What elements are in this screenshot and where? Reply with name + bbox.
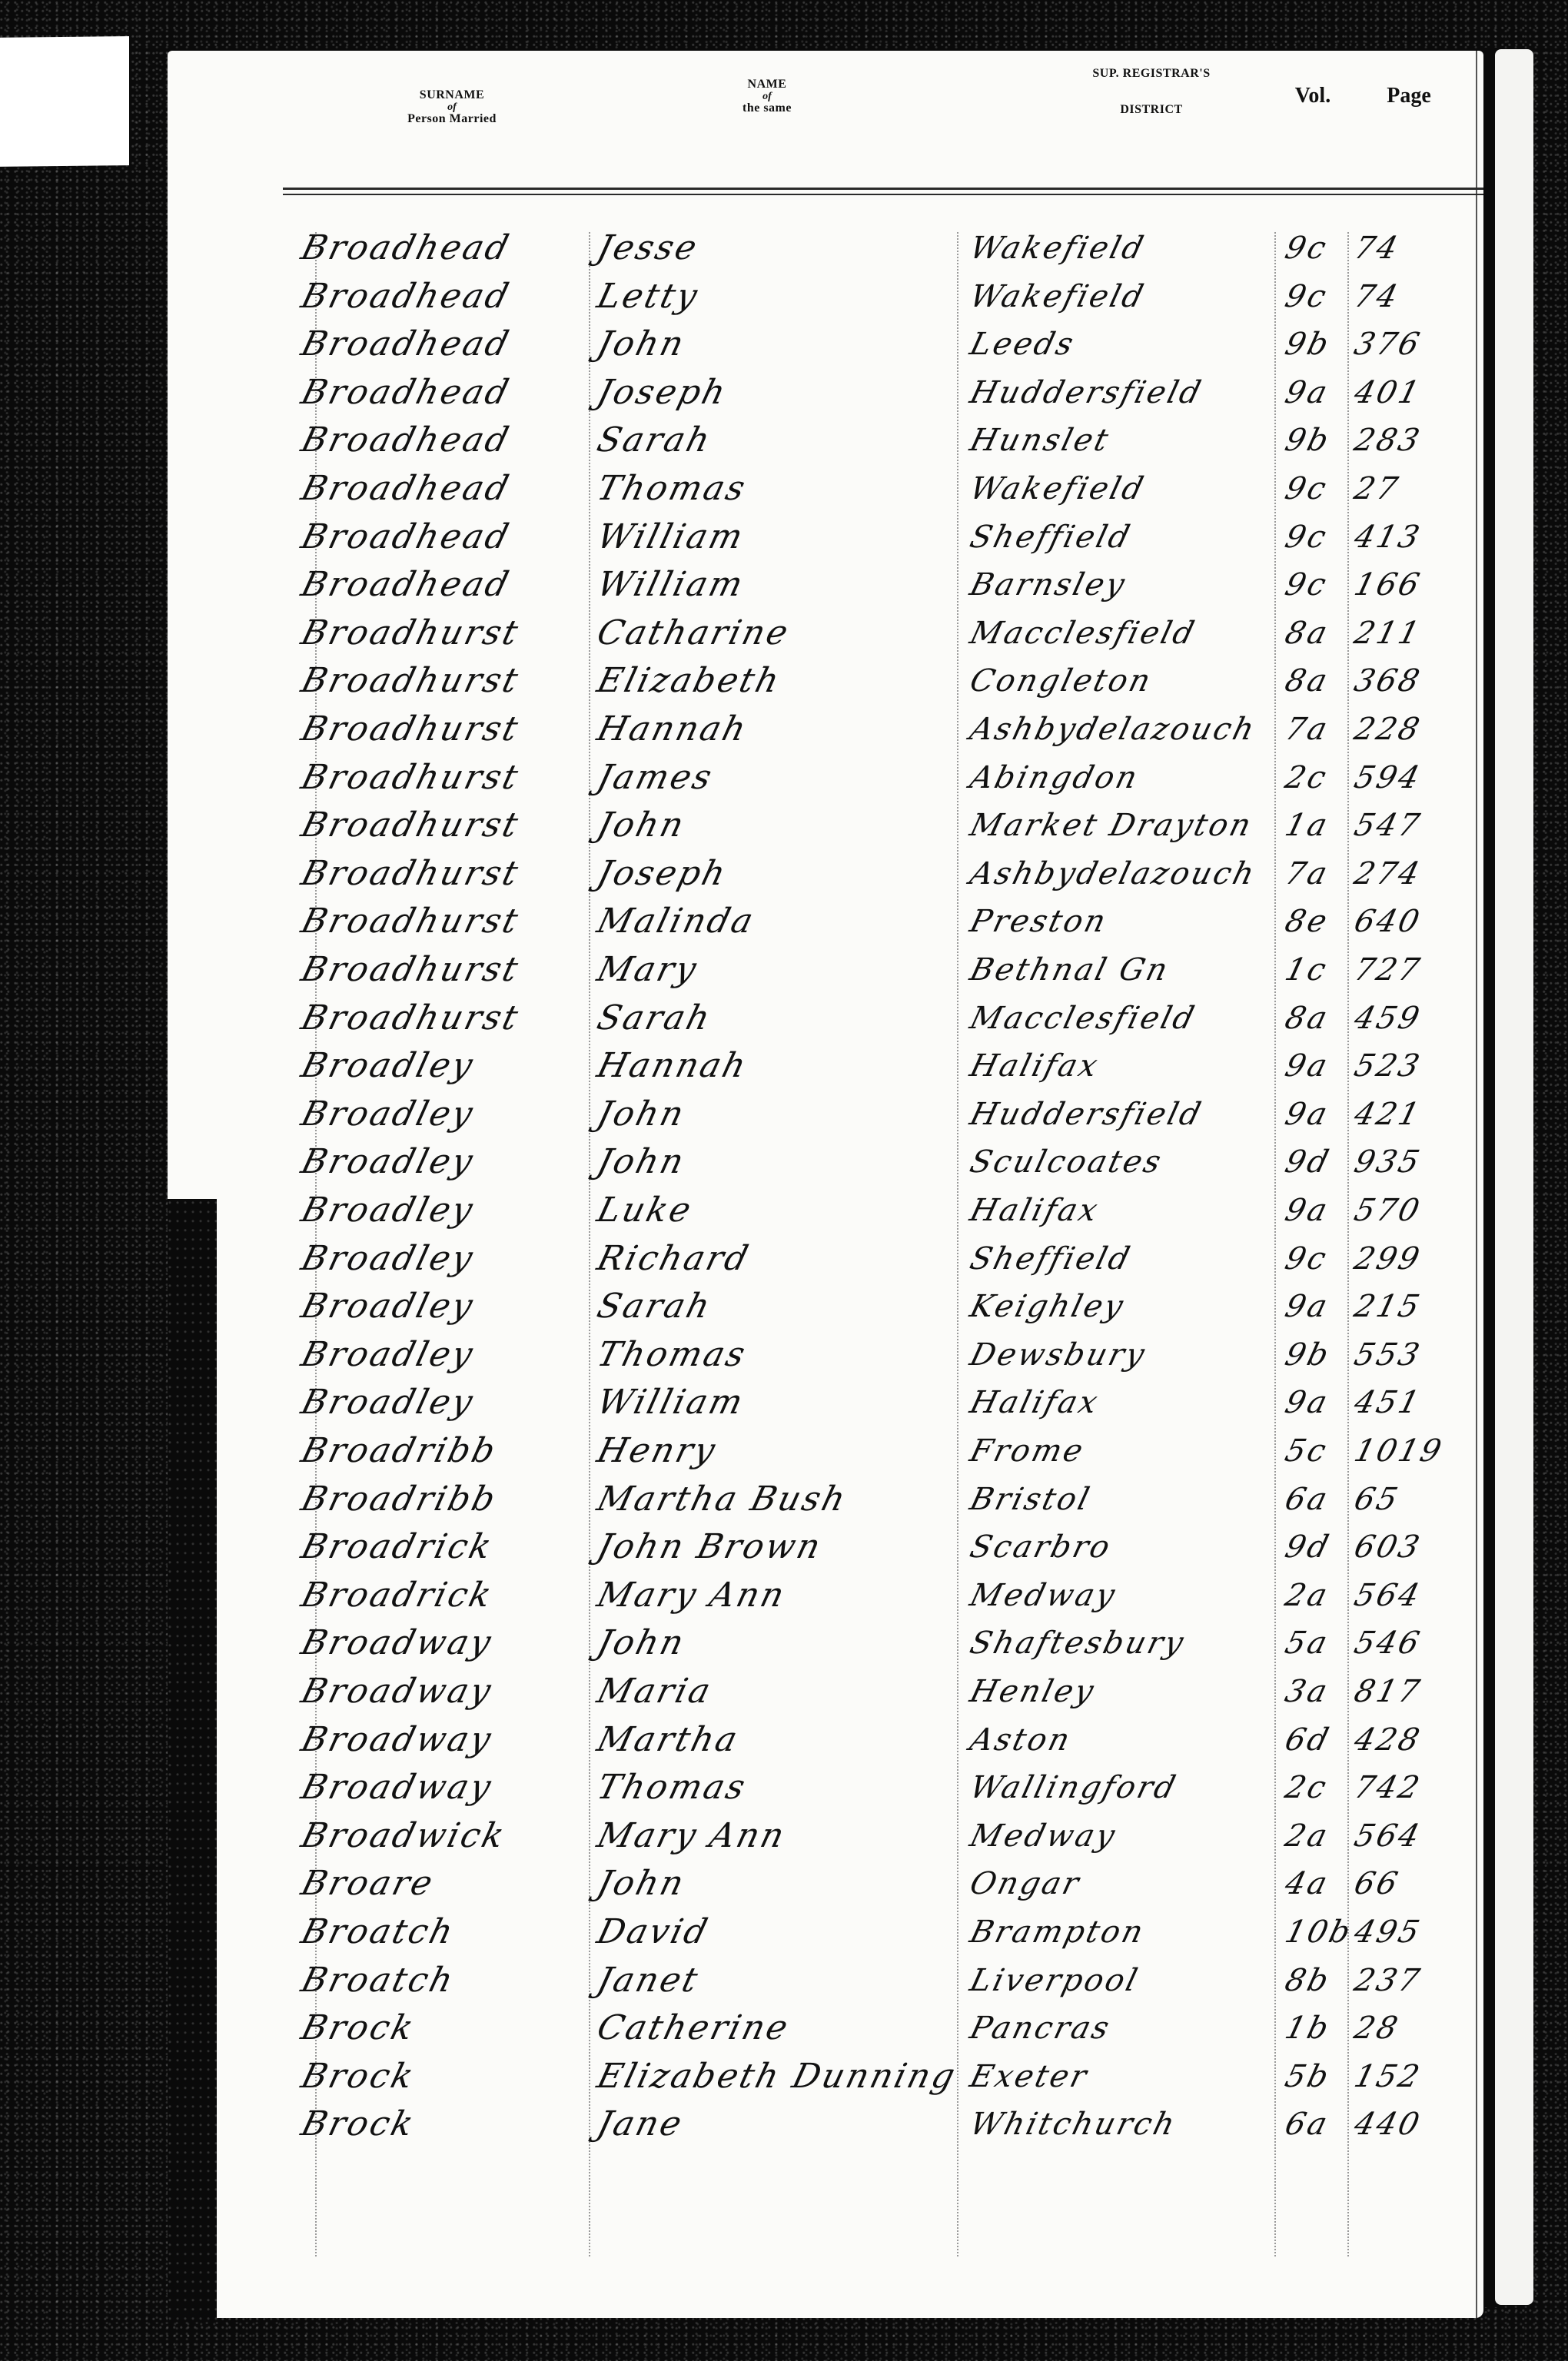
entry-page: 742 — [1349, 1764, 1427, 1811]
entry-page: 603 — [1349, 1523, 1427, 1571]
register-entry: BroadhurstCatharineMacclesfield8a211 — [168, 609, 1483, 657]
entry-name: William — [592, 513, 749, 561]
entry-district: Henley — [965, 1668, 1101, 1715]
register-entry: BroadheadJesseWakefield9c74 — [168, 224, 1483, 272]
entry-district: Macclesfield — [965, 609, 1201, 657]
entry-surname: Broadhead — [296, 465, 515, 513]
entry-vol: 4a — [1280, 1860, 1334, 1908]
register-entry: BroadhurstElizabethCongleton8a368 — [168, 657, 1483, 705]
entry-page: 727 — [1349, 946, 1427, 994]
register-entry: BroadhurstMalindaPreston8e640 — [168, 898, 1483, 945]
header-surname: SURNAME of Person Married — [314, 89, 590, 126]
register-entry: BroadheadLettyWakefield9c74 — [168, 273, 1483, 320]
entry-vol: 6d — [1280, 1716, 1336, 1764]
register-entry: BroadleyWilliamHalifax9a451 — [168, 1379, 1483, 1426]
entry-name: Joseph — [592, 850, 733, 898]
entry-surname: Broadrick — [296, 1523, 498, 1571]
entry-page: 523 — [1349, 1042, 1427, 1090]
register-entry: BroadwayMariaHenley3a817 — [168, 1668, 1483, 1715]
entry-page: 428 — [1349, 1716, 1427, 1764]
entry-name: Sarah — [592, 1283, 716, 1330]
entry-district: Congleton — [965, 657, 1158, 705]
register-page: SURNAME of Person Married NAME of the sa… — [168, 51, 1483, 2318]
entry-district: Macclesfield — [965, 995, 1201, 1042]
entry-vol: 2a — [1280, 1572, 1334, 1619]
entry-surname: Broadhurst — [296, 850, 525, 898]
entry-page: 401 — [1349, 369, 1427, 417]
entry-page: 27 — [1349, 465, 1404, 513]
entry-page: 817 — [1349, 1668, 1427, 1715]
entry-vol: 8b — [1280, 1957, 1336, 2004]
entry-district: Halifax — [965, 1379, 1105, 1426]
entry-surname: Broadhead — [296, 513, 515, 561]
entry-name: Janet — [592, 1957, 704, 2004]
entry-page: 28 — [1349, 2004, 1404, 2052]
entry-vol: 9a — [1280, 1042, 1334, 1090]
register-entry: BroadheadThomasWakefield9c27 — [168, 465, 1483, 513]
entry-vol: 9c — [1280, 561, 1333, 609]
entry-vol: 9a — [1280, 1379, 1334, 1426]
entry-surname: Broadhurst — [296, 946, 525, 994]
header-rule-double — [283, 194, 1483, 195]
register-entry: BroadheadJohnLeeds9b376 — [168, 320, 1483, 368]
entry-district: Market Drayton — [965, 802, 1258, 849]
entry-name: Elizabeth — [592, 657, 786, 705]
entry-surname: Broadhurst — [296, 802, 525, 849]
entry-name: John — [592, 802, 690, 849]
entry-district: Liverpool — [965, 1957, 1144, 2004]
entry-page: 935 — [1349, 1138, 1427, 1186]
entry-page: 237 — [1349, 1957, 1427, 2004]
entry-district: Shaftesbury — [965, 1619, 1191, 1667]
entry-vol: 2c — [1280, 1764, 1333, 1811]
register-entry: BroadwayThomasWallingford2c742 — [168, 1764, 1483, 1811]
register-entry: BroadleySarahKeighley9a215 — [168, 1283, 1483, 1330]
entry-name: Thomas — [592, 1331, 752, 1379]
entry-district: Huddersfield — [965, 1091, 1208, 1138]
entry-name: Jane — [592, 2100, 689, 2148]
entry-district: Frome — [965, 1427, 1090, 1475]
adjacent-page-edge — [1495, 49, 1533, 2305]
register-entry: BroadribbMartha BushBristol6a65 — [168, 1476, 1483, 1523]
entry-name: Elizabeth Dunning — [592, 2053, 962, 2100]
entry-district: Whitchurch — [965, 2100, 1181, 2148]
entry-district: Ongar — [965, 1860, 1086, 1908]
register-entry: BroatchDavidBrampton10b495 — [168, 1908, 1483, 1956]
entry-surname: Broadwick — [296, 1812, 511, 1860]
entry-vol: 9d — [1280, 1138, 1336, 1186]
entry-district: Wakefield — [965, 465, 1151, 513]
entry-surname: Broadway — [296, 1716, 497, 1764]
entry-page: 564 — [1349, 1812, 1427, 1860]
entry-vol: 5c — [1280, 1427, 1333, 1475]
entry-vol: 1c — [1280, 946, 1333, 994]
entry-page: 459 — [1349, 995, 1427, 1042]
entry-page: 547 — [1349, 802, 1427, 849]
header-name: NAME of the same — [644, 78, 890, 115]
header-vol: Vol. — [1278, 85, 1347, 107]
entry-surname: Brock — [296, 2100, 420, 2148]
entry-surname: Broadribb — [296, 1476, 502, 1523]
entry-page: 421 — [1349, 1091, 1427, 1138]
register-entry: BroadheadJosephHuddersfield9a401 — [168, 369, 1483, 417]
entry-page: 215 — [1349, 1283, 1427, 1330]
entry-page: 274 — [1349, 850, 1427, 898]
entry-name: Mary — [592, 946, 703, 994]
entry-page: 564 — [1349, 1572, 1427, 1619]
entry-page: 166 — [1349, 561, 1427, 609]
entry-page: 546 — [1349, 1619, 1427, 1667]
entry-district: Bristol — [965, 1476, 1096, 1523]
entry-name: Catherine — [592, 2004, 795, 2052]
entry-vol: 1a — [1280, 802, 1334, 849]
entry-name: Mary Ann — [592, 1572, 791, 1619]
entry-name: John — [592, 1860, 690, 1908]
header-district: SUP. REGISTRAR'S DISTRICT — [1013, 68, 1290, 117]
entry-surname: Broadley — [296, 1187, 480, 1234]
entry-page: 1019 — [1349, 1427, 1448, 1475]
entry-district: Wakefield — [965, 224, 1151, 272]
entry-district: Preston — [965, 898, 1113, 945]
entry-surname: Broadrick — [296, 1572, 498, 1619]
entry-name: Joseph — [592, 369, 733, 417]
entry-name: William — [592, 1379, 749, 1426]
entry-surname: Broadhead — [296, 273, 515, 320]
entry-district: Halifax — [965, 1187, 1105, 1234]
entry-district: Keighley — [965, 1283, 1130, 1330]
entry-vol: 1b — [1280, 2004, 1336, 2052]
entry-surname: Broadhead — [296, 561, 515, 609]
entry-district: Pancras — [965, 2004, 1116, 2052]
register-entry: BroadhurstJosephAshbydelazouch7a274 — [168, 850, 1483, 898]
page-edge-shadow — [168, 1199, 217, 2321]
entry-page: 74 — [1349, 224, 1404, 272]
entry-surname: Broadley — [296, 1235, 480, 1283]
entry-surname: Broadribb — [296, 1427, 502, 1475]
entry-name: James — [592, 754, 719, 802]
entry-district: Bethnal Gn — [965, 946, 1174, 994]
entry-district: Brampton — [965, 1908, 1150, 1956]
entry-surname: Broadhead — [296, 417, 515, 464]
entry-surname: Broadhurst — [296, 754, 525, 802]
register-entry: BroadwayMarthaAston6d428 — [168, 1716, 1483, 1764]
header-rule — [283, 188, 1483, 190]
entry-vol: 9c — [1280, 513, 1333, 561]
register-entry: BroadleyThomasDewsbury9b553 — [168, 1331, 1483, 1379]
entry-page: 152 — [1349, 2053, 1427, 2100]
entry-page: 376 — [1349, 320, 1427, 368]
entry-surname: Broadley — [296, 1091, 480, 1138]
entry-surname: Broare — [296, 1860, 440, 1908]
entry-surname: Broadley — [296, 1283, 480, 1330]
entry-district: Medway — [965, 1572, 1121, 1619]
entry-district: Wakefield — [965, 273, 1151, 320]
entry-name: John — [592, 1138, 690, 1186]
entry-surname: Broatch — [296, 1957, 460, 2004]
entry-name: John — [592, 1619, 690, 1667]
entry-vol: 5b — [1280, 2053, 1336, 2100]
paper-scrap — [0, 36, 129, 167]
entry-district: Ashbydelazouch — [965, 850, 1261, 898]
entry-page: 570 — [1349, 1187, 1427, 1234]
entry-name: John — [592, 1091, 690, 1138]
entry-page: 65 — [1349, 1476, 1404, 1523]
entry-page: 368 — [1349, 657, 1427, 705]
entry-district: Huddersfield — [965, 369, 1208, 417]
entry-name: William — [592, 561, 749, 609]
entry-name: Thomas — [592, 465, 752, 513]
entry-page: 283 — [1349, 417, 1427, 464]
entry-surname: Broadley — [296, 1379, 480, 1426]
entry-page: 553 — [1349, 1331, 1427, 1379]
entry-page: 495 — [1349, 1908, 1427, 1956]
entry-surname: Broadhurst — [296, 898, 525, 945]
entry-district: Sculcoates — [965, 1138, 1168, 1186]
entry-page: 66 — [1349, 1860, 1404, 1908]
entry-vol: 9a — [1280, 1283, 1334, 1330]
register-entry: BroadhurstMaryBethnal Gn1c727 — [168, 946, 1483, 994]
entry-district: Leeds — [965, 320, 1081, 368]
entry-surname: Broadhurst — [296, 995, 525, 1042]
entry-district: Dewsbury — [965, 1331, 1151, 1379]
entry-district: Sheffield — [965, 1235, 1137, 1283]
entry-district: Wallingford — [965, 1764, 1182, 1811]
entry-name: Luke — [592, 1187, 698, 1234]
entry-surname: Brock — [296, 2004, 420, 2052]
entry-page: 594 — [1349, 754, 1427, 802]
entry-vol: 3a — [1280, 1668, 1334, 1715]
entry-surname: Broadhurst — [296, 706, 525, 753]
entry-vol: 9a — [1280, 369, 1334, 417]
register-entry: BroadhurstSarahMacclesfield8a459 — [168, 995, 1483, 1042]
entry-name: Mary Ann — [592, 1812, 791, 1860]
entry-vol: 9d — [1280, 1523, 1336, 1571]
entry-vol: 9b — [1280, 320, 1336, 368]
entry-vol: 9c — [1280, 273, 1333, 320]
register-entry: BroadleyRichardSheffield9c299 — [168, 1235, 1483, 1283]
entry-name: Sarah — [592, 417, 716, 464]
entry-surname: Broadley — [296, 1331, 480, 1379]
entry-name: Sarah — [592, 995, 716, 1042]
entry-surname: Broadley — [296, 1042, 480, 1090]
entry-surname: Broadhurst — [296, 609, 525, 657]
entry-page: 74 — [1349, 273, 1404, 320]
entry-page: 228 — [1349, 706, 1427, 753]
register-entry: BroadwickMary AnnMedway2a564 — [168, 1812, 1483, 1860]
entry-district: Scarbro — [965, 1523, 1117, 1571]
entry-name: Jesse — [592, 224, 703, 272]
entry-surname: Broatch — [296, 1908, 460, 1956]
entry-name: Hannah — [592, 706, 752, 753]
entry-page: 440 — [1349, 2100, 1427, 2148]
entry-vol: 9c — [1280, 224, 1333, 272]
entry-district: Ashbydelazouch — [965, 706, 1261, 753]
register-entry: BroadleyJohnHuddersfield9a421 — [168, 1091, 1483, 1138]
entry-name: John — [592, 320, 690, 368]
entry-vol: 9a — [1280, 1091, 1334, 1138]
register-entry: BrockCatherinePancras1b28 — [168, 2004, 1483, 2052]
entry-district: Barnsley — [965, 561, 1131, 609]
entry-district: Exeter — [965, 2053, 1094, 2100]
register-entry: BrockJaneWhitchurch6a440 — [168, 2100, 1483, 2148]
entry-page: 211 — [1349, 609, 1427, 657]
entry-page: 299 — [1349, 1235, 1427, 1283]
entry-vol: 8a — [1280, 995, 1334, 1042]
entry-vol: 7a — [1280, 706, 1334, 753]
entry-vol: 9b — [1280, 1331, 1336, 1379]
register-entry: BroatchJanetLiverpool8b237 — [168, 1957, 1483, 2004]
register-entry: BroadheadWilliamSheffield9c413 — [168, 513, 1483, 561]
entry-district: Hunslet — [965, 417, 1115, 464]
register-entry: BroadhurstJamesAbingdon2c594 — [168, 754, 1483, 802]
entry-name: Letty — [592, 273, 704, 320]
register-entry: BroadheadSarahHunslet9b283 — [168, 417, 1483, 464]
entry-name: Catharine — [592, 609, 795, 657]
entry-vol: 8a — [1280, 609, 1334, 657]
entry-name: Hannah — [592, 1042, 752, 1090]
entry-name: John Brown — [592, 1523, 827, 1571]
register-entry: BroadleyHannahHalifax9a523 — [168, 1042, 1483, 1090]
register-entry: BroareJohnOngar4a66 — [168, 1860, 1483, 1908]
header-page: Page — [1363, 85, 1455, 107]
entry-vol: 6a — [1280, 2100, 1334, 2148]
entry-name: Thomas — [592, 1764, 752, 1811]
entry-page: 413 — [1349, 513, 1427, 561]
register-entry: BroadrickJohn BrownScarbro9d603 — [168, 1523, 1483, 1571]
register-entry: BroadhurstHannahAshbydelazouch7a228 — [168, 706, 1483, 753]
entry-page: 451 — [1349, 1379, 1427, 1426]
entry-surname: Broadhead — [296, 320, 515, 368]
entry-vol: 9c — [1280, 1235, 1333, 1283]
entry-vol: 10b — [1280, 1908, 1357, 1956]
register-entry: BrockElizabeth DunningExeter5b152 — [168, 2053, 1483, 2100]
entry-surname: Brock — [296, 2053, 420, 2100]
register-entry: BroadribbHenryFrome5c1019 — [168, 1427, 1483, 1475]
entry-name: David — [592, 1908, 714, 1956]
entry-surname: Broadway — [296, 1764, 497, 1811]
entry-surname: Broadhead — [296, 224, 515, 272]
entry-surname: Broadley — [296, 1138, 480, 1186]
entry-page: 640 — [1349, 898, 1427, 945]
entry-vol: 5a — [1280, 1619, 1334, 1667]
register-entry: BroadwayJohnShaftesbury5a546 — [168, 1619, 1483, 1667]
entry-district: Abingdon — [965, 754, 1144, 802]
entry-vol: 9c — [1280, 465, 1333, 513]
entry-surname: Broadhurst — [296, 657, 525, 705]
register-entry: BroadheadWilliamBarnsley9c166 — [168, 561, 1483, 609]
entry-name: Henry — [592, 1427, 722, 1475]
entry-vol: 9b — [1280, 417, 1336, 464]
register-entry: BroadrickMary AnnMedway2a564 — [168, 1572, 1483, 1619]
entry-vol: 8a — [1280, 657, 1334, 705]
entry-district: Aston — [965, 1716, 1077, 1764]
entry-vol: 7a — [1280, 850, 1334, 898]
entry-vol: 9a — [1280, 1187, 1334, 1234]
entry-surname: Broadway — [296, 1619, 497, 1667]
entry-name: Martha Bush — [592, 1476, 852, 1523]
entry-vol: 2a — [1280, 1812, 1334, 1860]
register-entry: BroadleyJohnSculcoates9d935 — [168, 1138, 1483, 1186]
entry-name: Martha — [592, 1716, 744, 1764]
entry-district: Sheffield — [965, 513, 1137, 561]
entry-district: Medway — [965, 1812, 1121, 1860]
register-entry: BroadhurstJohnMarket Drayton1a547 — [168, 802, 1483, 849]
entry-district: Halifax — [965, 1042, 1105, 1090]
register-entry: BroadleyLukeHalifax9a570 — [168, 1187, 1483, 1234]
entry-vol: 2c — [1280, 754, 1333, 802]
entry-name: Richard — [592, 1235, 755, 1283]
entry-name: Malinda — [592, 898, 760, 945]
entry-surname: Broadway — [296, 1668, 497, 1715]
entry-vol: 8e — [1280, 898, 1334, 945]
entry-surname: Broadhead — [296, 369, 515, 417]
entry-vol: 6a — [1280, 1476, 1334, 1523]
entry-name: Maria — [592, 1668, 717, 1715]
